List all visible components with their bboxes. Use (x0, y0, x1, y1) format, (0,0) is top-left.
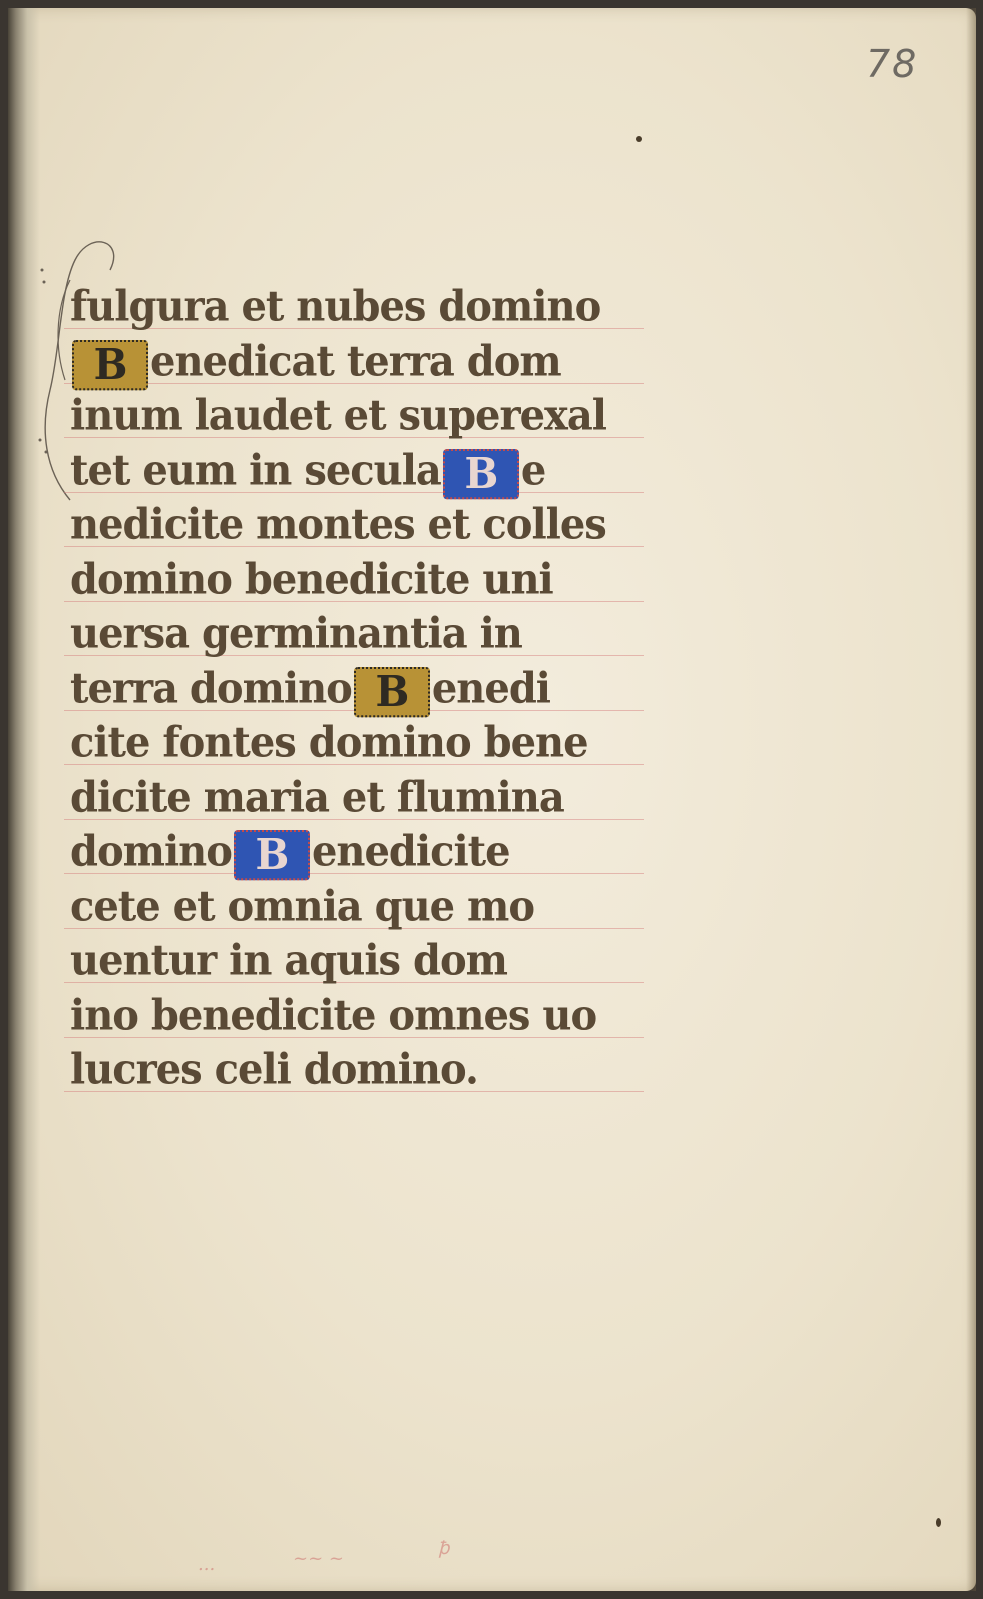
red-offset-mark: ... (198, 1554, 215, 1575)
text-line: uersa germinantia in (70, 606, 522, 663)
red-offset-mark: ꝥ (438, 1538, 449, 1559)
text-line: cite fontes domino bene (70, 715, 588, 772)
text-line: nedicite montes et colles (70, 497, 606, 554)
line-text: domino benedicite uni (70, 554, 553, 603)
manuscript-page: 78 fulgura et nubes dominoBenedicat terr… (8, 8, 976, 1591)
line-text: fulgura et nubes domino (70, 282, 600, 331)
text-line: fulgura et nubes domino (70, 279, 600, 336)
blue-initial: B (443, 448, 519, 498)
ink-speck (636, 136, 642, 142)
line-text: terra domino (70, 663, 352, 712)
line-text: dicite maria et flumina (70, 772, 564, 821)
line-text-continued: enedicat terra dom (150, 336, 561, 385)
text-line: lucres celi domino. (70, 1042, 478, 1099)
red-offset-mark: ~~ ~ (293, 1548, 344, 1569)
line-text-continued: e (521, 445, 545, 494)
text-line: uentur in aquis dom (70, 933, 507, 990)
line-text: nedicite montes et colles (70, 500, 606, 549)
line-text: cete et omnia que mo (70, 881, 534, 930)
line-text: lucres celi domino (70, 1045, 465, 1094)
text-line: terra dominoBenedi (70, 660, 550, 717)
line-text: uentur in aquis dom (70, 936, 507, 985)
text-line: dicite maria et flumina (70, 769, 564, 826)
page-edge (966, 8, 976, 1591)
text-line: domino benedicite uni (70, 551, 553, 608)
line-text: inum laudet et superexal (70, 391, 606, 440)
line-text-continued: enedicite (312, 827, 510, 876)
text-line: tet eum in seculaBe (70, 442, 545, 499)
folio-number: 78 (866, 42, 918, 86)
line-text: uersa germinantia in (70, 609, 522, 658)
line-text-continued: . (465, 1045, 478, 1094)
ink-speck (936, 1518, 941, 1527)
line-text: cite fontes domino bene (70, 718, 588, 767)
text-line: ino benedicite omnes uo (70, 987, 596, 1044)
line-text-continued: enedi (432, 663, 550, 712)
gilded-initial: B (354, 666, 430, 716)
line-text: domino (70, 827, 232, 876)
line-text: tet eum in secula (70, 445, 441, 494)
gilded-initial: B (72, 339, 148, 389)
text-line: inum laudet et superexal (70, 388, 606, 445)
blue-initial: B (234, 830, 310, 880)
text-line: cete et omnia que mo (70, 878, 534, 935)
text-line: dominoBenedicite (70, 824, 510, 881)
line-text: ino benedicite omnes uo (70, 990, 596, 1039)
text-line: Benedicat terra dom (70, 333, 561, 390)
